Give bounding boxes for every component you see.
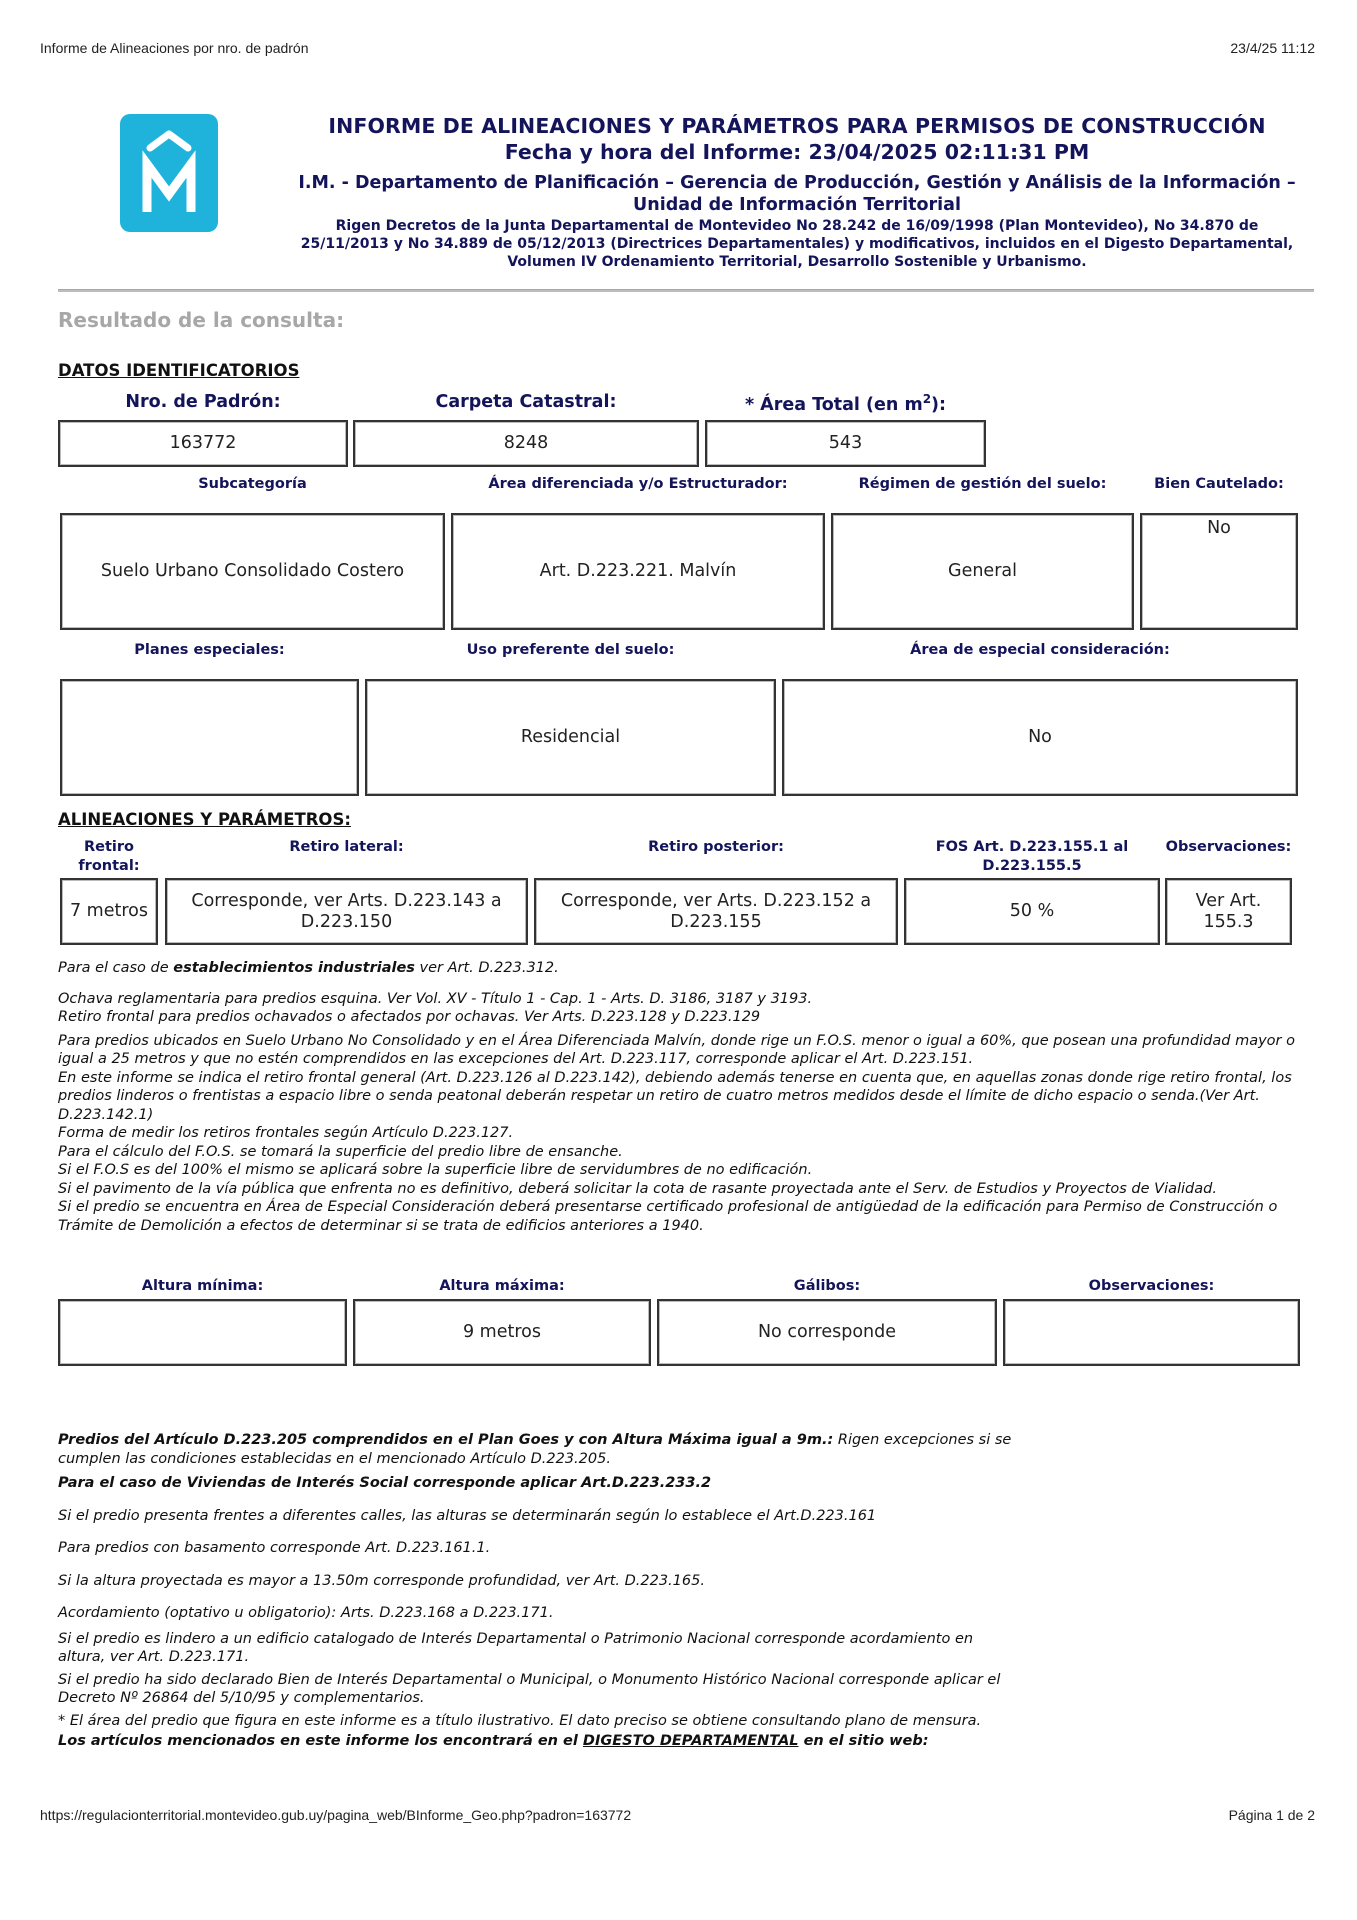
padron-label: Nro. de Padrón: (58, 392, 348, 412)
digesto-note: Los artículos mencionados en este inform… (58, 1732, 1018, 1751)
retiro-lateral-value: Corresponde, ver Arts. D.223.143 a D.223… (165, 878, 528, 945)
print-page-number: Página 1 de 2 (1229, 1807, 1315, 1823)
note-line: Retiro frontal para predios ochavados o … (58, 1008, 1308, 1027)
altura-13-note: Si la altura proyectada es mayor a 13.50… (58, 1572, 1018, 1591)
altura-observaciones-label: Observaciones: (1003, 1277, 1300, 1296)
note-line: Forma de medir los retiros frontales seg… (58, 1124, 1308, 1143)
bien-interes-note: Si el predio ha sido declarado Bien de I… (58, 1671, 1018, 1708)
goes-note: Predios del Artículo D.223.205 comprendi… (58, 1431, 1018, 1468)
note-line: Para el cálculo del F.O.S. se tomará la … (58, 1143, 1308, 1162)
note-line: En este informe se indica el retiro fron… (58, 1069, 1308, 1125)
planes-especiales-value (60, 679, 359, 796)
observaciones-label: Observaciones: (1160, 838, 1297, 857)
planes-especiales-label: Planes especiales: (60, 641, 359, 660)
bien-cautelado-value: No (1140, 513, 1298, 630)
uso-preferente-label: Uso preferente del suelo: (365, 641, 776, 660)
area-label: * Área Total (en m2): (705, 392, 986, 415)
note-line: Si el predio se encuentra en Área de Esp… (58, 1198, 1308, 1235)
area-ilustrativa-note: * El área del predio que figura en este … (58, 1712, 1018, 1731)
area-diferenciada-value: Art. D.223.221. Malvín (451, 513, 825, 630)
print-url: https://regulacionterritorial.montevideo… (40, 1807, 631, 1823)
padron-value: 163772 (58, 420, 348, 467)
uso-preferente-value: Residencial (365, 679, 776, 796)
frentes-note: Si el predio presenta frentes a diferent… (58, 1507, 1018, 1526)
retiro-posterior-value: Corresponde, ver Arts. D.223.152 a D.223… (534, 878, 898, 945)
montevideo-logo-icon (120, 114, 218, 232)
carpeta-value: 8248 (353, 420, 699, 467)
area-diferenciada-label: Área diferenciada y/o Estructurador: (451, 475, 825, 494)
subcategoria-value: Suelo Urbano Consolidado Costero (60, 513, 445, 630)
observaciones-value: Ver Art. 155.3 (1165, 878, 1292, 945)
lindero-note: Si el predio es lindero a un edificio ca… (58, 1630, 1018, 1667)
altura-notes: Predios del Artículo D.223.205 comprendi… (58, 1431, 1018, 1751)
galibos-value: No corresponde (657, 1299, 997, 1366)
report-decrees: Rigen Decretos de la Junta Departamental… (280, 217, 1314, 271)
altura-maxima-label: Altura máxima: (353, 1277, 651, 1296)
industrial-note: Para el caso de establecimientos industr… (58, 959, 1308, 978)
print-datetime: 23/4/25 11:12 (1230, 40, 1315, 56)
acordamiento-note: Acordamiento (optativo u obligatorio): A… (58, 1604, 1018, 1623)
header-divider (58, 289, 1314, 292)
datos-section-title: DATOS IDENTIFICATORIOS (58, 361, 299, 380)
alineaciones-notes: Para el caso de establecimientos industr… (58, 959, 1308, 1235)
retiro-frontal-label: Retiro frontal: (60, 838, 158, 876)
subcategoria-label: Subcategoría (60, 475, 445, 494)
report-date: Fecha y hora del Informe: 23/04/2025 02:… (280, 140, 1314, 164)
vis-note: Para el caso de Viviendas de Interés Soc… (58, 1474, 1018, 1493)
area-value: 543 (705, 420, 986, 467)
altura-observaciones-value (1003, 1299, 1300, 1366)
fos-label: FOS Art. D.223.155.1 al D.223.155.5 (904, 838, 1160, 876)
result-heading: Resultado de la consulta: (58, 308, 344, 332)
galibos-label: Gálibos: (657, 1277, 997, 1296)
note-line: Si el F.O.S es del 100% el mismo se apli… (58, 1161, 1308, 1180)
note-line: Si el pavimento de la vía pública que en… (58, 1180, 1308, 1199)
digesto-link[interactable]: DIGESTO DEPARTAMENTAL (583, 1733, 799, 1749)
carpeta-label: Carpeta Catastral: (353, 392, 699, 412)
report-department: I.M. - Departamento de Planificación – G… (280, 172, 1314, 216)
altura-minima-label: Altura mínima: (58, 1277, 347, 1296)
note-line: Ochava reglamentaria para predios esquin… (58, 990, 1308, 1009)
retiro-posterior-label: Retiro posterior: (534, 838, 898, 857)
alineaciones-section-title: ALINEACIONES Y PARÁMETROS: (58, 810, 351, 829)
regimen-label: Régimen de gestión del suelo: (831, 475, 1134, 494)
retiro-frontal-value: 7 metros (60, 878, 158, 945)
retiro-lateral-label: Retiro lateral: (165, 838, 528, 857)
basamento-note: Para predios con basamento corresponde A… (58, 1539, 1018, 1558)
altura-minima-value (58, 1299, 347, 1366)
bien-cautelado-label: Bien Cautelado: (1140, 475, 1298, 494)
altura-maxima-value: 9 metros (353, 1299, 651, 1366)
print-page-title: Informe de Alineaciones por nro. de padr… (40, 40, 309, 56)
especial-consideracion-value: No (782, 679, 1298, 796)
note-line: Para predios ubicados en Suelo Urbano No… (58, 1032, 1308, 1069)
fos-value: 50 % (904, 878, 1160, 945)
especial-consideracion-label: Área de especial consideración: (782, 641, 1298, 660)
report-title: INFORME DE ALINEACIONES Y PARÁMETROS PAR… (280, 114, 1314, 138)
regimen-value: General (831, 513, 1134, 630)
